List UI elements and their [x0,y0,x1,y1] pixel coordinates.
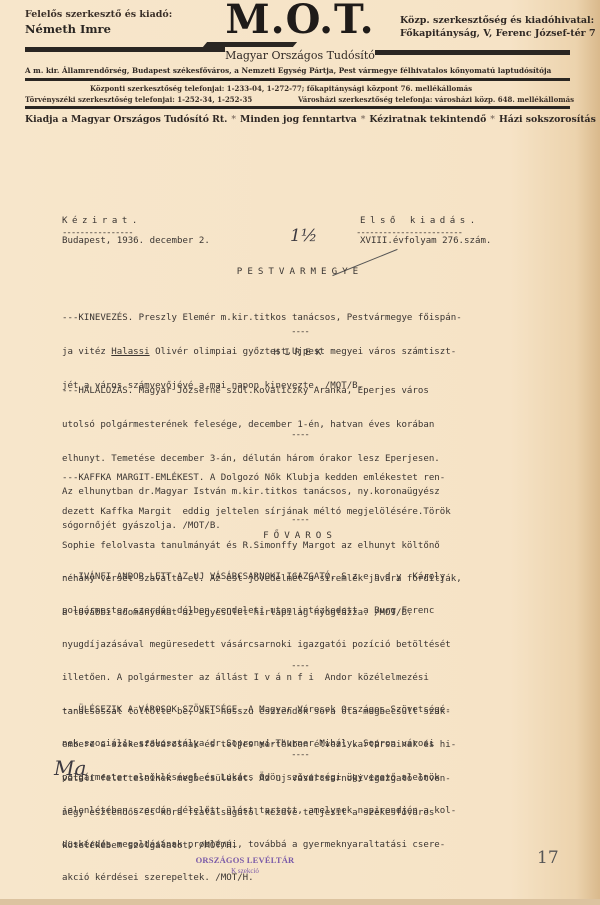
masthead-divider [25,78,570,81]
publisher-item: Házi sokszorosítás [499,114,596,125]
article-line: ---IVÁNFI ANDOR LETT AZ UJ VÁSÁRCSARNOKI… [62,572,582,583]
publisher-line: Kiadja a Magyar Országos Tudósító Rt.*Mi… [25,114,570,125]
article-line: nek szociális szakosztálya dr.Sopronyi-T… [62,739,582,750]
article-line: ---KAFFKA MARGIT-EMLÉKEST. A Dolgozó Nők… [62,473,582,484]
masthead-subtitle: Magyar Országos Tudósító [225,49,375,62]
volume-number: XVIII.évfolyam 276.szám. [360,236,491,247]
publisher-item: Kiadja a Magyar Országos Tudósító Rt. [25,114,227,125]
phone-court: Törvényszéki szerkesztőség telefonjai: 1… [25,95,252,104]
document-page: Felelős szerkesztő és kiadó: Németh Imre… [0,0,600,905]
article-line: ---KINEVEZÉS. Preszly Elemér m.kir.titko… [62,313,582,324]
page-edge [0,899,600,905]
archive-stamp: ORSZÁGOS LEVÉLTÁR K szekció [190,855,300,875]
article-line: duskérdés megoldásának problémái, tovább… [62,840,582,851]
section-title-pestvarmegye: PESTVARMEGYE [0,266,600,277]
article-line: ---HALÁLOZÁS. Magyar Józsefné szül.Koval… [62,386,582,397]
article-line: polgármester elnöklésével és Lukács Ödön… [62,773,582,784]
office-label: Közp. szerkesztőség és kiadóhivatal: [400,14,596,27]
section-title-hirek: HIREK [0,347,600,358]
separator-mark: ---- [0,430,600,440]
manuscript-label: Kézirat. [62,216,142,227]
phone-cityhall: Városházi szerkesztőség telefonja: város… [298,95,574,104]
article-line: akció kérdései szerepeltek. /MOT/H. [62,873,582,884]
separator-mark: ---- [0,661,600,671]
place-date: Budapest, 1936. december 2. [62,236,210,247]
masthead-rule-left [25,47,225,52]
publisher-item: Minden jog fenntartva [240,114,357,125]
office-address: Főkapitányság, V, Ferenc József-tér 7 [400,27,596,40]
separator-star: * [227,114,240,125]
editor-name: Németh Imre [25,22,172,36]
office-block: Közp. szerkesztőség és kiadóhivatal: Fők… [400,14,596,40]
article-line: jelenlétében szerdán délelőtt ülést tart… [62,806,582,817]
editor-label: Felelős szerkesztő és kiadó: [25,9,172,20]
masthead-divider [25,106,570,109]
masthead-rule-wedge [203,42,297,47]
masthead-title: M.O.T. [210,0,390,40]
masthead-description: A m. kir. Államrendőrség, Budapest széke… [25,66,570,75]
phone-central: Központi szerkesztőség telefonjai: 1-233… [90,84,472,93]
section-title-fovaros: FŐVAROS [0,530,600,541]
article: ---ÜLÉSEZIK A VÁROSOK SZÖVETSÉGE. A Magy… [62,683,582,905]
separator-mark: ---- [0,515,600,525]
publisher-item: Kéziratnak tekintendő [369,114,486,125]
separator-mark: ---- [0,327,600,337]
stamp-line: ORSZÁGOS LEVÉLTÁR [190,855,300,865]
edition-label: Első kiadás. [360,216,480,227]
article-line: polgármester szerdán délben rendeleti ut… [62,606,582,617]
editor-block: Felelős szerkesztő és kiadó: Németh Imre [25,9,172,36]
separator-star: * [357,114,370,125]
article-line: ---ÜLÉSEZIK A VÁROSOK SZÖVETSÉGE. A Magy… [62,705,582,716]
handwritten-page-number: 17 [537,848,559,868]
article-line: nyugdíjazásával megüresedett vásárcsarno… [62,640,582,651]
stamp-line: K szekció [190,867,300,875]
masthead-rule-right [375,50,570,55]
separator-mark: ---- [0,750,600,760]
handwritten-initials: Ma [54,756,86,780]
handwritten-mark: 1½ [290,226,317,246]
separator-star: * [486,114,499,125]
